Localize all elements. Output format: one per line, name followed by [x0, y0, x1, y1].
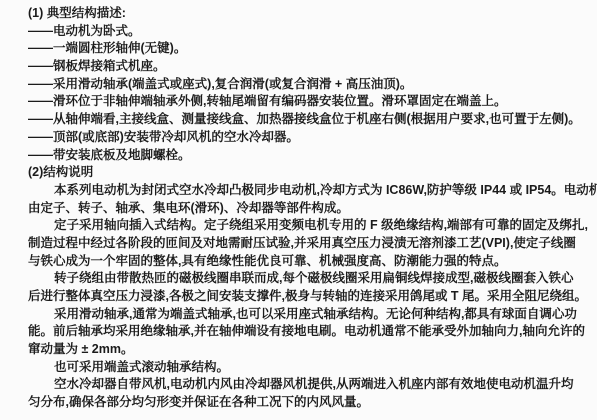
body-line: 空水冷却器自带风机,电动机内风由冷却器风机提供,从两端进入机座内部有效地使电动机… — [28, 376, 593, 394]
body-line: 采用滑动轴承,通常为端盖式轴承,也可以采用座式轴承结构。无论何种结构,都具有球面… — [28, 306, 593, 324]
bullet-line: ——钢板焊接箱式机座。 — [28, 58, 593, 76]
body-line: 定子采用轴向插入式结构。定子绕组采用变频电机专用的 F 级绝缘结构,端部有可靠的… — [28, 217, 593, 235]
bullet-line: ——顶部(或底部)安装带冷却风机的空水冷却器。 — [28, 129, 593, 147]
section-1-heading: (1) 典型结构描述: — [28, 5, 593, 23]
body-line: 制造过程中经过各阶段的匝间及对地需耐压试验,并采用真空压力浸渍无溶剂漆工艺(VP… — [28, 235, 593, 253]
body-line: 后进行整体真空压力浸漆,各极之间安装支撑件,极身与转轴的连接采用鸽尾或 T 尾。… — [28, 288, 593, 306]
bullet-line: ——滑环位于非轴伸端轴承外侧,转轴尾端留有编码器安装位置。滑环罩固定在端盖上。 — [28, 93, 593, 111]
body-line: 由定子、转子、轴承、集电环(滑环)、冷却器等部件构成。 — [28, 200, 593, 218]
body-line: 匀分布,确保各部分均匀形变并保证在各种工况下的内风风量。 — [28, 394, 593, 412]
bullet-line: ——带安装底板及地脚螺栓。 — [28, 147, 593, 165]
body-line: 窜动量为 ± 2mm。 — [28, 341, 593, 359]
bullet-line: ——从轴伸端看,主接线盒、测量接线盒、加热器接线盒位于机座右侧(根据用户要求,也… — [28, 111, 593, 129]
document-page: (1) 典型结构描述: ——电动机为卧式。 ——一端圆柱形轴伸(无键)。 ——钢… — [0, 0, 597, 420]
bullet-line: ——一端圆柱形轴伸(无键)。 — [28, 40, 593, 58]
body-line: 能。前后轴承均采用绝缘轴承,并在轴伸端设有接地电刷。电动机通常不能承受外加轴向力… — [28, 323, 593, 341]
bullet-line: ——电动机为卧式。 — [28, 23, 593, 41]
body-line: 与铁心成为一个牢固的整体,具有绝缘性能优良可靠、机械强度高、防潮能力强的特点。 — [28, 253, 593, 271]
body-line: 也可采用端盖式滚动轴承结构。 — [28, 359, 593, 377]
body-line: 本系列电动机为封闭式空水冷却凸极同步电动机,冷却方式为 IC86W,防护等级 I… — [28, 182, 593, 200]
body-line: 转子绕组由带散热匝的磁极线圈串联而成,每个磁极线圈采用扁铜线焊接成型,磁极线圈套… — [28, 270, 593, 288]
bullet-line: ——采用滑动轴承(端盖式或座式),复合润滑(或复合润滑 + 高压油顶)。 — [28, 76, 593, 94]
section-2-heading: (2)结构说明 — [28, 164, 593, 182]
